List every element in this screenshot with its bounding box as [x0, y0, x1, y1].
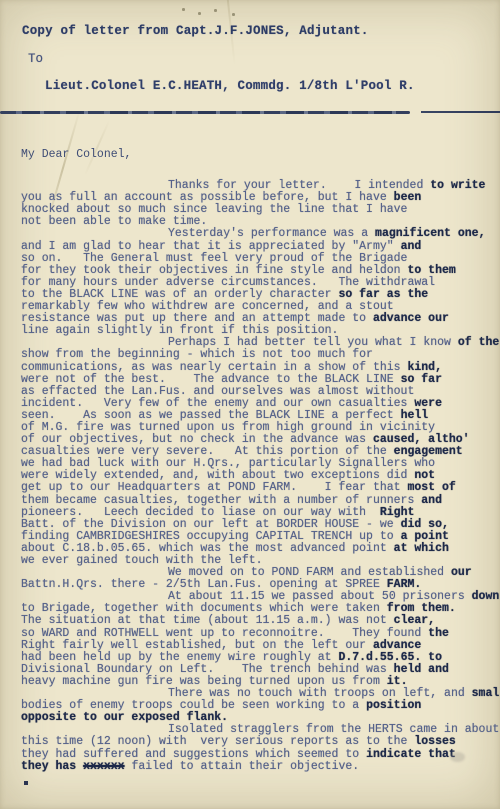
- text-segment: the: [428, 627, 449, 640]
- text-segment: had been held up by the enemy wire rough…: [21, 651, 338, 664]
- pencil-mark: [198, 12, 201, 15]
- text-segment: for many hours under adverse circumstanc…: [21, 276, 435, 289]
- text-segment: clear,: [394, 614, 435, 627]
- text-segment: hell: [401, 409, 429, 422]
- text-segment: get up to our Headquarters at POND FARM.…: [21, 481, 407, 494]
- text-segment: we ever gained touch with the left.: [21, 554, 263, 567]
- paragraph: At about 11.15 we passed about 50 prison…: [21, 591, 492, 688]
- text-segment: incident. Very few of the enemy and our …: [21, 397, 414, 410]
- text-segment: down: [472, 590, 500, 603]
- text-segment: as effacted the Lan.Fus. and ourselves w…: [21, 385, 414, 398]
- addressee-to-label: To: [28, 52, 43, 66]
- text-segment: and: [421, 494, 442, 507]
- text-segment: about C.18.b.05.65. which was the most a…: [21, 542, 394, 555]
- paragraph: Perhaps I had better tell you what I kno…: [21, 337, 492, 567]
- text-segment: pioneers. Leech decided to liase on our …: [21, 506, 380, 519]
- text-segment: of the: [458, 336, 499, 349]
- text-segment: so WARD and ROTHWELL went up to reconnoi…: [21, 627, 428, 640]
- text-segment: caused, altho': [373, 433, 470, 446]
- text-segment: you as full an account as possible befor…: [21, 191, 394, 204]
- text-segment: advance: [373, 639, 421, 652]
- text-segment: of our objectives, but no check in the a…: [21, 433, 373, 446]
- text-segment: small: [472, 687, 500, 700]
- text-segment: position: [366, 699, 421, 712]
- text-segment: we had bad luck with our H.Qrs., particu…: [21, 457, 435, 470]
- text-segment: Right: [380, 506, 415, 519]
- text-segment: show from the beginning - which is not t…: [21, 348, 373, 361]
- text-segment: magnificent one,: [375, 227, 485, 240]
- text-segment: were: [414, 397, 442, 410]
- text-segment: so far as the: [338, 288, 428, 301]
- text-segment: they has: [21, 760, 83, 773]
- divider-rule-left: [0, 111, 410, 114]
- text-segment: been: [394, 191, 422, 204]
- text-segment: The situation at that time (about 11.15 …: [21, 614, 394, 627]
- text-segment: and I am glad to hear that it is appreci…: [21, 240, 401, 253]
- text-segment: failed to attain their objective.: [125, 760, 360, 773]
- text-segment: it.: [387, 675, 408, 688]
- text-segment: they had suffered and suggestions which …: [21, 748, 366, 761]
- text-segment: Batt. of the Division on our left at BOR…: [21, 518, 401, 531]
- text-segment: D.7.d.55.65. to: [338, 651, 442, 664]
- copy-heading: Copy of letter from Capt.J.F.JONES, Adju…: [22, 24, 369, 38]
- text-segment: so on. The General must feel very proud …: [21, 252, 407, 265]
- ink-spot: [24, 781, 28, 785]
- text-segment: Perhaps I had better tell you what I kno…: [168, 336, 458, 349]
- text-segment: to them: [407, 264, 455, 277]
- text-segment: at which: [394, 542, 449, 555]
- pencil-mark: [232, 13, 235, 16]
- text-segment: losses: [414, 735, 455, 748]
- text-segment: casualties were very severe. At this por…: [21, 445, 394, 458]
- text-segment: for they took their objectives in fine s…: [21, 264, 407, 277]
- divider-rule-right: [421, 111, 500, 114]
- letter-body: My Dear Colonel, Thanks for your letter.…: [21, 149, 492, 773]
- text-segment: were not of the best. The advance to the…: [21, 373, 401, 386]
- text-segment: our: [451, 566, 472, 579]
- text-segment: advance our: [373, 312, 449, 325]
- text-segment: Right fairly well established, but on th…: [21, 639, 373, 652]
- paragraphs-container: Thanks for your letter. I intended to wr…: [21, 180, 492, 773]
- text-segment: them became casualties, together with a …: [21, 494, 421, 507]
- text-segment: most of: [407, 481, 455, 494]
- text-segment: Divisional Boundary on Left. The trench …: [21, 663, 394, 676]
- divider-rule: [0, 110, 500, 114]
- text-segment: so far: [401, 373, 442, 386]
- text-segment: a point: [401, 530, 449, 543]
- text-segment: engagement: [394, 445, 463, 458]
- text-segment: Yesterday's performance was a: [168, 227, 375, 240]
- text-segment: to write: [430, 179, 485, 192]
- paragraph: Yesterday's performance was a magnificen…: [21, 228, 492, 337]
- text-segment: We moved on to POND FARM and established: [168, 566, 451, 579]
- text-segment: held and: [394, 663, 449, 676]
- text-segment: this time (12 noon) with very serious re…: [21, 735, 414, 748]
- text-segment: to the BLACK LINE was of an orderly char…: [21, 288, 338, 301]
- paragraph: Thanks for your letter. I intended to wr…: [21, 180, 492, 228]
- text-segment: opposite to our exposed flank.: [21, 711, 228, 724]
- text-segment: resistance was put up there and an attem…: [21, 312, 373, 325]
- letter-page: Copy of letter from Capt.J.F.JONES, Adju…: [0, 0, 500, 809]
- text-segment: indicate that: [366, 748, 456, 761]
- text-segment: heavy machine gun fire was being turned …: [21, 675, 387, 688]
- text-line: they has xxxxxx failed to attain their o…: [21, 761, 492, 773]
- salutation: My Dear Colonel,: [21, 149, 492, 161]
- pencil-mark: [214, 9, 217, 12]
- text-segment: knocked about so much since leaving the …: [21, 203, 407, 216]
- text-segment: did so,: [401, 518, 449, 531]
- paragraph: There was no touch with troops on left, …: [21, 688, 492, 724]
- pencil-mark: [182, 8, 185, 11]
- addressee-name: Lieut.Colonel E.C.HEATH, Commdg. 1/8th L…: [45, 79, 415, 93]
- paragraph: We moved on to POND FARM and established…: [21, 567, 492, 591]
- text-segment: and: [401, 240, 422, 253]
- paragraph: Isolated stragglers from the HERTS came …: [21, 724, 492, 772]
- text-segment: finding CAMBRIDGESHIRES occupying CAPITA…: [21, 530, 401, 543]
- text-segment: communications, as was nearly certain in…: [21, 361, 407, 374]
- text-segment: seen. As soon as we passed the BLACK LIN…: [21, 409, 401, 422]
- struck-out-word: xxxxxx: [83, 760, 124, 773]
- text-segment: kind,: [407, 361, 442, 374]
- ink-smudge: [450, 752, 465, 762]
